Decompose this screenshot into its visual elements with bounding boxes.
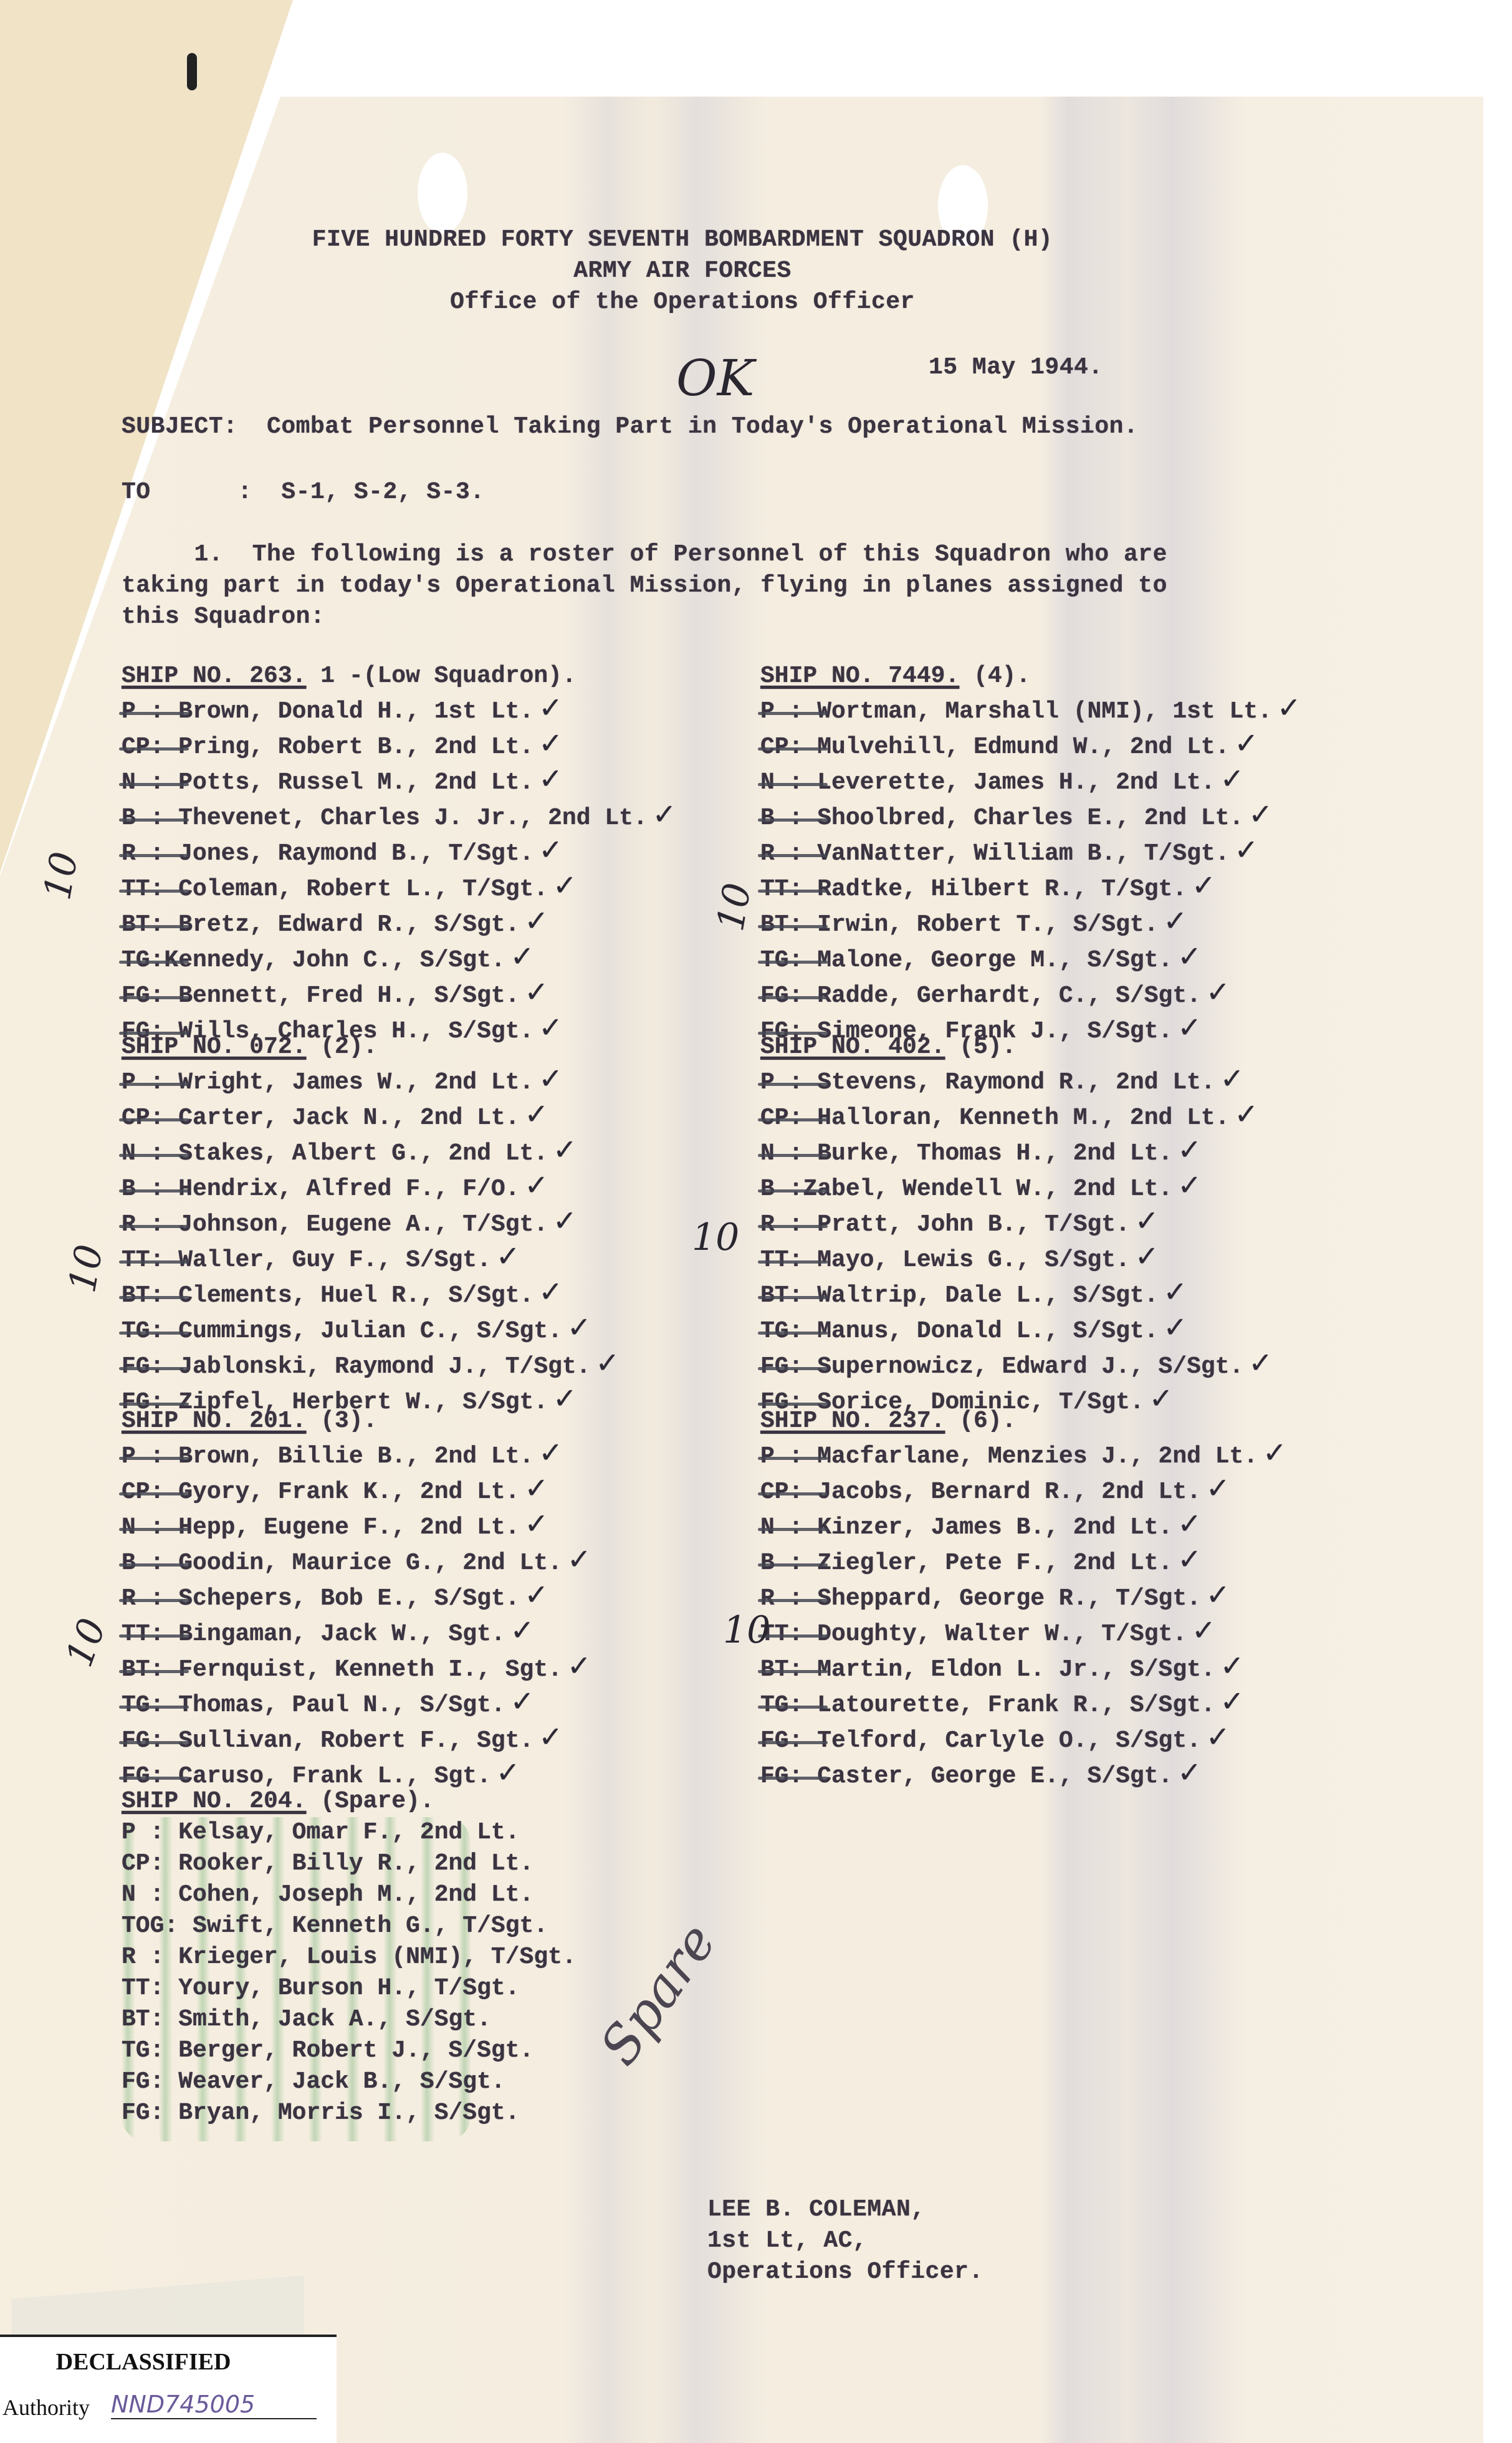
crew-name-rank: Cummings, Julian C., S/Sgt. xyxy=(164,1318,562,1345)
ship-title: SHIP NO. 201. (3). xyxy=(122,1406,591,1437)
ship-formation-position: (5). xyxy=(945,1034,1016,1060)
crew-position: TT: xyxy=(760,1247,803,1274)
crew-name-rank: Kelsay, Omar F., 2nd Lt. xyxy=(164,1819,519,1846)
check-mark-icon: ✓ xyxy=(525,1097,549,1131)
signature-title: Operations Officer. xyxy=(707,2257,983,2288)
crew-member-row: B :Zabel, Wendell W., 2nd Lt.✓ xyxy=(760,1169,1273,1205)
crew-member-row: TT: Radtke, Hilbert R., T/Sgt.✓ xyxy=(760,870,1301,905)
subject-line: SUBJECT: Combat Personnel Taking Part in… xyxy=(122,411,1138,443)
crew-member-row: TT: Youry, Burson H., T/Sgt. xyxy=(122,1973,577,2004)
check-mark-icon: ✓ xyxy=(596,1346,620,1380)
check-mark-icon: ✓ xyxy=(538,762,563,795)
ship-roster: SHIP NO. 263. 1 -(Low Squadron).P : Brow… xyxy=(122,661,676,1047)
check-mark-icon: ✓ xyxy=(1135,1204,1159,1237)
ship-formation-position: (6). xyxy=(945,1408,1016,1434)
crew-position: P : xyxy=(122,1069,164,1096)
paragraph-line: taking part in today's Operational Missi… xyxy=(122,570,1167,602)
crew-position: R : xyxy=(122,1211,164,1238)
crew-name-rank: Jacobs, Bernard R., 2nd Lt. xyxy=(803,1479,1201,1505)
crew-position: TG: xyxy=(122,947,164,974)
crew-position: TG: xyxy=(122,1692,164,1719)
crew-position: R : xyxy=(760,1211,803,1238)
crew-position: TG: xyxy=(760,947,803,974)
check-mark-icon: ✓ xyxy=(1235,833,1259,866)
crew-name-rank: Sullivan, Robert F., Sgt. xyxy=(164,1727,534,1754)
crew-member-row: P : Macfarlane, Menzies J., 2nd Lt.✓ xyxy=(760,1437,1287,1472)
crew-position: N : xyxy=(760,1140,803,1167)
crew-position: BT: xyxy=(122,1656,164,1683)
crew-member-row: R : Pratt, John B., T/Sgt.✓ xyxy=(760,1205,1273,1241)
crew-member-row: TG:Kennedy, John C., S/Sgt.✓ xyxy=(122,941,676,976)
crew-member-row: CP: Jacobs, Bernard R., 2nd Lt.✓ xyxy=(760,1472,1287,1508)
crew-position: N : xyxy=(122,1140,164,1167)
crew-position: R : xyxy=(122,1585,164,1612)
check-mark-icon: ✓ xyxy=(1235,726,1259,760)
crew-member-row: R : Sheppard, George R., T/Sgt.✓ xyxy=(760,1579,1287,1615)
crew-name-rank: Halloran, Kenneth M., 2nd Lt. xyxy=(803,1105,1229,1131)
crew-member-row: N : Kinzer, James B., 2nd Lt.✓ xyxy=(760,1508,1287,1543)
crew-position: P : xyxy=(122,698,164,725)
crew-position: CP: xyxy=(760,1105,803,1131)
ship-roster: SHIP NO. 072. (2).P : Wright, James W., … xyxy=(122,1032,620,1418)
check-mark-icon: ✓ xyxy=(525,1168,549,1202)
header-office: Office of the Operations Officer xyxy=(0,287,1365,318)
crew-member-row: B : Thevenet, Charles J. Jr., 2nd Lt.✓ xyxy=(122,799,676,834)
check-mark-icon: ✓ xyxy=(653,797,677,831)
crew-member-row: B : Ziegler, Pete F., 2nd Lt.✓ xyxy=(760,1543,1287,1579)
crew-member-row: FG: Bennett, Fred H., S/Sgt.✓ xyxy=(122,976,676,1012)
authority-label: Authority xyxy=(2,2394,90,2421)
crew-member-row: TG: Cummings, Julian C., S/Sgt.✓ xyxy=(122,1312,620,1347)
crew-member-row: P : Stevens, Raymond R., 2nd Lt.✓ xyxy=(760,1063,1273,1098)
crew-position: R : xyxy=(122,840,164,867)
crew-member-row: FG: Sullivan, Robert F., Sgt.✓ xyxy=(122,1721,591,1757)
crew-member-row: CP: Gyory, Frank K., 2nd Lt.✓ xyxy=(122,1472,591,1508)
crew-member-row: TT: Coleman, Robert L., T/Sgt.✓ xyxy=(122,870,676,905)
crew-name-rank: Carter, Jack N., 2nd Lt. xyxy=(164,1105,519,1131)
header-unit: FIVE HUNDRED FORTY SEVENTH BOMBARDMENT S… xyxy=(0,224,1365,256)
check-mark-icon: ✓ xyxy=(1206,1471,1230,1505)
crew-position: FG: xyxy=(760,1763,803,1790)
crew-name-rank: Gyory, Frank K., 2nd Lt. xyxy=(164,1479,519,1505)
crew-name-rank: Leverette, James H., 2nd Lt. xyxy=(803,769,1215,796)
ship-number: SHIP NO. 237. xyxy=(760,1408,945,1434)
ship-formation-position: (2). xyxy=(306,1034,377,1060)
crew-position: P : xyxy=(760,1443,803,1470)
crew-member-row: B : Hendrix, Alfred F., F/O.✓ xyxy=(122,1169,620,1205)
punch-hole xyxy=(418,153,467,234)
check-mark-icon: ✓ xyxy=(1192,1613,1216,1647)
check-mark-icon: ✓ xyxy=(1177,1542,1202,1576)
check-mark-icon: ✓ xyxy=(496,1239,520,1273)
crew-member-row: R : VanNatter, William B., T/Sgt.✓ xyxy=(760,834,1301,870)
crew-position: TG: xyxy=(760,1318,803,1345)
crew-name-rank: Radde, Gerhardt, C., S/Sgt. xyxy=(803,982,1201,1009)
crew-member-row: CP: Pring, Robert B., 2nd Lt.✓ xyxy=(122,727,676,763)
crew-position: TG: xyxy=(760,1692,803,1719)
check-mark-icon: ✓ xyxy=(538,1720,563,1754)
crew-member-row: B : Goodin, Maurice G., 2nd Lt.✓ xyxy=(122,1543,591,1579)
crew-position: B : xyxy=(760,1176,803,1202)
ship-roster-spare: SHIP NO. 204. (Spare).P : Kelsay, Omar F… xyxy=(122,1786,577,2129)
paragraph-line: this Squadron: xyxy=(122,602,325,633)
crew-name-rank: Krieger, Louis (NMI), T/Sgt. xyxy=(164,1944,576,1970)
check-mark-icon: ✓ xyxy=(1177,1507,1202,1540)
crew-name-rank: Burke, Thomas H., 2nd Lt. xyxy=(803,1140,1172,1167)
ship-title: SHIP NO. 204. (Spare). xyxy=(122,1786,577,1817)
crew-position: TG: xyxy=(122,1318,164,1345)
crew-member-row: R : Johnson, Eugene A., T/Sgt.✓ xyxy=(122,1205,620,1241)
crew-name-rank: Bennett, Fred H., S/Sgt. xyxy=(164,982,519,1009)
crew-name-rank: Wright, James W., 2nd Lt. xyxy=(164,1069,534,1096)
crew-name-rank: Waltrip, Dale L., S/Sgt. xyxy=(803,1282,1158,1309)
ship-formation-position: (Spare). xyxy=(306,1788,434,1815)
check-mark-icon: ✓ xyxy=(510,1613,535,1647)
check-mark-icon: ✓ xyxy=(1135,1239,1159,1273)
ship-number: SHIP NO. 402. xyxy=(760,1034,945,1060)
crew-name-rank: Mulvehill, Edmund W., 2nd Lt. xyxy=(803,734,1229,761)
check-mark-icon: ✓ xyxy=(553,1133,577,1166)
ship-number: SHIP NO. 072. xyxy=(122,1034,306,1060)
crew-position: FG: xyxy=(122,982,164,1009)
ship-roster: SHIP NO. 402. (5).P : Stevens, Raymond R… xyxy=(760,1032,1273,1418)
crew-name-rank: Kinzer, James B., 2nd Lt. xyxy=(803,1514,1172,1541)
declassified-stamp: DECLASSIFIED Authority NND745005 xyxy=(0,2335,337,2443)
crew-member-row: FG: Caster, George E., S/Sgt.✓ xyxy=(760,1757,1287,1792)
crew-position: TT: xyxy=(760,876,803,903)
check-mark-icon: ✓ xyxy=(1206,975,1230,1009)
crew-position: FG: xyxy=(760,1727,803,1754)
crew-name-rank: Stevens, Raymond R., 2nd Lt. xyxy=(803,1069,1215,1096)
crew-name-rank: Latourette, Frank R., S/Sgt. xyxy=(803,1692,1215,1719)
crew-position: N : xyxy=(760,1514,803,1541)
crew-position: B : xyxy=(122,1176,164,1202)
crew-name-rank: Bingaman, Jack W., Sgt. xyxy=(164,1621,505,1648)
check-mark-icon: ✓ xyxy=(538,1436,563,1469)
crew-name-rank: Johnson, Eugene A., T/Sgt. xyxy=(164,1211,548,1238)
margin-note: 10 xyxy=(723,1608,770,1652)
check-mark-icon: ✓ xyxy=(1277,691,1301,724)
crew-member-row: TT: Mayo, Lewis G., S/Sgt.✓ xyxy=(760,1241,1273,1276)
check-mark-icon: ✓ xyxy=(538,1275,563,1308)
crew-name-rank: Youry, Burson H., T/Sgt. xyxy=(164,1975,519,2002)
crew-member-row: CP: Halloran, Kenneth M., 2nd Lt.✓ xyxy=(760,1098,1273,1134)
crew-member-row: FG: Weaver, Jack B., S/Sgt. xyxy=(122,2066,577,2098)
signature-name: LEE B. COLEMAN, xyxy=(707,2194,983,2225)
crew-name-rank: Weaver, Jack B., S/Sgt. xyxy=(164,2068,505,2095)
crew-name-rank: Telford, Carlyle O., S/Sgt. xyxy=(803,1727,1201,1754)
check-mark-icon: ✓ xyxy=(525,975,549,1009)
crew-position: TT: xyxy=(122,1247,164,1274)
ship-number: SHIP NO. 201. xyxy=(122,1408,306,1434)
crew-member-row: BT: Fernquist, Kenneth I., Sgt.✓ xyxy=(122,1650,591,1686)
crew-name-rank: Doughty, Walter W., T/Sgt. xyxy=(803,1621,1187,1648)
crew-name-rank: Ziegler, Pete F., 2nd Lt. xyxy=(803,1550,1172,1577)
crew-name-rank: Kennedy, John C., S/Sgt. xyxy=(164,947,505,974)
crew-member-row: TG: Latourette, Frank R., S/Sgt.✓ xyxy=(760,1686,1287,1721)
crew-position: P : xyxy=(760,1069,803,1096)
check-mark-icon: ✓ xyxy=(538,726,563,760)
crew-member-row: P : Wright, James W., 2nd Lt.✓ xyxy=(122,1063,620,1098)
crew-name-rank: Waller, Guy F., S/Sgt. xyxy=(164,1247,491,1274)
check-mark-icon: ✓ xyxy=(1177,1133,1202,1166)
crew-member-row: P : Kelsay, Omar F., 2nd Lt. xyxy=(122,1817,577,1848)
crew-member-row: R : Krieger, Louis (NMI), T/Sgt. xyxy=(122,1942,577,1973)
crew-position: CP: xyxy=(760,1479,803,1505)
crew-position: TG: xyxy=(122,2037,164,2064)
crew-member-row: FG: Radde, Gerhardt, C., S/Sgt.✓ xyxy=(760,976,1301,1012)
crew-member-row: CP: Rooker, Billy R., 2nd Lt. xyxy=(122,1848,577,1879)
crew-position: P : xyxy=(122,1443,164,1470)
signature-block: LEE B. COLEMAN, 1st Lt, AC, Operations O… xyxy=(707,2194,983,2288)
check-mark-icon: ✓ xyxy=(538,691,563,724)
margin-note: 10 xyxy=(60,1241,112,1295)
crew-member-row: B : Shoolbred, Charles E., 2nd Lt.✓ xyxy=(760,799,1301,834)
crew-name-rank: Radtke, Hilbert R., T/Sgt. xyxy=(803,876,1187,903)
crew-name-rank: Smith, Jack A., S/Sgt. xyxy=(164,2006,491,2033)
check-mark-icon: ✓ xyxy=(1263,1436,1287,1469)
crew-name-rank: Malone, George M., S/Sgt. xyxy=(803,947,1172,974)
check-mark-icon: ✓ xyxy=(567,1649,591,1682)
staple-mark xyxy=(187,53,197,90)
crew-member-row: N : Leverette, James H., 2nd Lt.✓ xyxy=(760,763,1301,799)
crew-position: BT: xyxy=(760,911,803,938)
crew-member-row: TG: Thomas, Paul N., S/Sgt.✓ xyxy=(122,1686,591,1721)
check-mark-icon: ✓ xyxy=(1220,1649,1245,1682)
crew-position: TT: xyxy=(122,876,164,903)
crew-name-rank: Bretz, Edward R., S/Sgt. xyxy=(164,911,519,938)
crew-position: CP: xyxy=(122,734,164,761)
crew-member-row: BT: Smith, Jack A., S/Sgt. xyxy=(122,2004,577,2035)
crew-name-rank: Jones, Raymond B., T/Sgt. xyxy=(164,840,534,867)
crew-name-rank: Shoolbred, Charles E., 2nd Lt. xyxy=(803,805,1243,832)
crew-name-rank: VanNatter, William B., T/Sgt. xyxy=(803,840,1229,867)
check-mark-icon: ✓ xyxy=(538,833,563,866)
crew-name-rank: Sheppard, George R., T/Sgt. xyxy=(803,1585,1201,1612)
check-mark-icon: ✓ xyxy=(496,1755,520,1789)
crew-position: FG: xyxy=(760,982,803,1009)
crew-position: BT: xyxy=(122,911,164,938)
crew-position: TT: xyxy=(122,1621,164,1648)
crew-member-row: TG: Berger, Robert J., S/Sgt. xyxy=(122,2035,577,2066)
crew-name-rank: Mayo, Lewis G., S/Sgt. xyxy=(803,1247,1130,1274)
crew-name-rank: Brown, Billie B., 2nd Lt. xyxy=(164,1443,534,1470)
crew-member-row: TOG: Swift, Kenneth G., T/Sgt. xyxy=(122,1911,577,1942)
crew-name-rank: Cohen, Joseph M., 2nd Lt. xyxy=(164,1881,534,1908)
crew-position: N : xyxy=(122,769,164,796)
crew-position: TOG: xyxy=(122,1913,178,1939)
check-mark-icon: ✓ xyxy=(525,1507,549,1540)
crew-position: CP: xyxy=(122,1479,164,1505)
crew-name-rank: Hepp, Eugene F., 2nd Lt. xyxy=(164,1514,519,1541)
check-mark-icon: ✓ xyxy=(553,868,577,902)
crew-member-row: TG: Malone, George M., S/Sgt.✓ xyxy=(760,941,1301,976)
crew-name-rank: Macfarlane, Menzies J., 2nd Lt. xyxy=(803,1443,1258,1470)
crew-member-row: N : Cohen, Joseph M., 2nd Lt. xyxy=(122,1879,577,1911)
crew-position: B : xyxy=(760,1550,803,1577)
ship-number: SHIP NO. 263. xyxy=(122,663,306,689)
crew-position: B : xyxy=(122,805,164,832)
crew-name-rank: Martin, Eldon L. Jr., S/Sgt. xyxy=(803,1656,1215,1683)
crew-position: CP: xyxy=(760,734,803,761)
crew-member-row: BT: Waltrip, Dale L., S/Sgt.✓ xyxy=(760,1276,1273,1312)
margin-note: 10 xyxy=(709,880,760,934)
paragraph-line: 1. The following is a roster of Personne… xyxy=(122,539,1167,570)
check-mark-icon: ✓ xyxy=(553,1204,577,1237)
crew-member-row: BT: Clements, Huel R., S/Sgt.✓ xyxy=(122,1276,620,1312)
crew-name-rank: Wortman, Marshall (NMI), 1st Lt. xyxy=(803,698,1272,725)
ship-formation-position: (4). xyxy=(959,663,1030,689)
crew-name-rank: Thomas, Paul N., S/Sgt. xyxy=(164,1692,505,1719)
check-mark-icon: ✓ xyxy=(525,1578,549,1611)
margin-note: 10 xyxy=(36,848,87,903)
crew-name-rank: Berger, Robert J., S/Sgt. xyxy=(164,2037,534,2064)
crew-member-row: FG: Supernowicz, Edward J., S/Sgt.✓ xyxy=(760,1347,1273,1383)
crew-member-row: BT: Bretz, Edward R., S/Sgt.✓ xyxy=(122,905,676,941)
crew-name-rank: Rooker, Billy R., 2nd Lt. xyxy=(164,1850,534,1877)
check-mark-icon: ✓ xyxy=(1235,1097,1259,1131)
crew-position: BT: xyxy=(760,1656,803,1683)
crew-member-row: TT: Waller, Guy F., S/Sgt.✓ xyxy=(122,1241,620,1276)
ship-title: SHIP NO. 7449. (4). xyxy=(760,661,1301,692)
crew-name-rank: Goodin, Maurice G., 2nd Lt. xyxy=(164,1550,562,1577)
check-mark-icon: ✓ xyxy=(1220,762,1245,795)
crew-member-row: FG: Jablonski, Raymond J., T/Sgt.✓ xyxy=(122,1347,620,1383)
ship-roster: SHIP NO. 201. (3).P : Brown, Billie B., … xyxy=(122,1406,591,1792)
crew-name-rank: Swift, Kenneth G., T/Sgt. xyxy=(178,1913,548,1939)
authority-value: NND745005 xyxy=(111,2391,317,2419)
crew-position: FG: xyxy=(760,1353,803,1380)
crew-name-rank: Caster, George E., S/Sgt. xyxy=(803,1763,1172,1790)
check-mark-icon: ✓ xyxy=(1220,1062,1245,1095)
crew-name-rank: Coleman, Robert L., T/Sgt. xyxy=(164,876,548,903)
crew-position: TT: xyxy=(122,1975,164,2002)
crew-position: N : xyxy=(760,769,803,796)
crew-position: BT: xyxy=(760,1282,803,1309)
crew-position: BT: xyxy=(122,2006,164,2033)
crew-member-row: P : Brown, Billie B., 2nd Lt.✓ xyxy=(122,1437,591,1472)
crew-member-row: TT: Doughty, Walter W., T/Sgt.✓ xyxy=(760,1615,1287,1650)
crew-name-rank: Fernquist, Kenneth I., Sgt. xyxy=(164,1656,562,1683)
crew-name-rank: Supernowicz, Edward J., S/Sgt. xyxy=(803,1353,1243,1380)
crew-name-rank: Zabel, Wendell W., 2nd Lt. xyxy=(803,1176,1172,1202)
crew-position: R : xyxy=(760,840,803,867)
crew-position: CP: xyxy=(122,1850,164,1877)
crew-name-rank: Thevenet, Charles J. Jr., 2nd Lt. xyxy=(164,805,647,832)
crew-member-row: P : Brown, Donald H., 1st Lt.✓ xyxy=(122,692,676,727)
ship-title: SHIP NO. 072. (2). xyxy=(122,1032,620,1063)
crew-name-rank: Schepers, Bob E., S/Sgt. xyxy=(164,1585,519,1612)
crew-member-row: BT: Martin, Eldon L. Jr., S/Sgt.✓ xyxy=(760,1650,1287,1686)
ship-roster: SHIP NO. 7449. (4).P : Wortman, Marshall… xyxy=(760,661,1301,1047)
crew-position: B : xyxy=(760,805,803,832)
ship-roster: SHIP NO. 237. (6).P : Macfarlane, Menzie… xyxy=(760,1406,1287,1792)
margin-note: 10 xyxy=(692,1216,739,1259)
ship-title: SHIP NO. 237. (6). xyxy=(760,1406,1287,1437)
check-mark-icon: ✓ xyxy=(525,904,549,938)
check-mark-icon: ✓ xyxy=(510,939,535,973)
check-mark-icon: ✓ xyxy=(525,1471,549,1505)
crew-member-row: TT: Bingaman, Jack W., Sgt.✓ xyxy=(122,1615,591,1650)
check-mark-icon: ✓ xyxy=(1164,1310,1188,1344)
crew-member-row: BT: Irwin, Robert T., S/Sgt.✓ xyxy=(760,905,1301,941)
crew-member-row: TG: Manus, Donald L., S/Sgt.✓ xyxy=(760,1312,1273,1347)
check-mark-icon: ✓ xyxy=(538,1062,563,1095)
crew-name-rank: Bryan, Morris I., S/Sgt. xyxy=(164,2100,519,2126)
declassified-title: DECLASSIFIED xyxy=(0,2348,287,2376)
check-mark-icon: ✓ xyxy=(1220,1684,1245,1718)
crew-member-row: N : Burke, Thomas H., 2nd Lt.✓ xyxy=(760,1134,1273,1169)
crew-member-row: N : Hepp, Eugene F., 2nd Lt.✓ xyxy=(122,1508,591,1543)
crew-name-rank: Stakes, Albert G., 2nd Lt. xyxy=(164,1140,548,1167)
crew-member-row: FG: Telford, Carlyle O., S/Sgt.✓ xyxy=(760,1721,1287,1757)
crew-position: N : xyxy=(122,1514,164,1541)
check-mark-icon: ✓ xyxy=(1177,1755,1202,1789)
check-mark-icon: ✓ xyxy=(1164,904,1188,938)
crew-name-rank: Irwin, Robert T., S/Sgt. xyxy=(803,911,1158,938)
crew-name-rank: Pratt, John B., T/Sgt. xyxy=(803,1211,1130,1238)
crew-member-row: P : Wortman, Marshall (NMI), 1st Lt.✓ xyxy=(760,692,1301,727)
crew-name-rank: Potts, Russel M., 2nd Lt. xyxy=(164,769,534,796)
crew-position: N : xyxy=(122,1881,164,1908)
crew-name-rank: Pring, Robert B., 2nd Lt. xyxy=(164,734,534,761)
header-branch: ARMY AIR FORCES xyxy=(0,256,1365,287)
check-mark-icon: ✓ xyxy=(567,1310,591,1344)
crew-name-rank: Jablonski, Raymond J., T/Sgt. xyxy=(164,1353,590,1380)
crew-name-rank: Manus, Donald L., S/Sgt. xyxy=(803,1318,1158,1345)
crew-member-row: R : Jones, Raymond B., T/Sgt.✓ xyxy=(122,834,676,870)
check-mark-icon: ✓ xyxy=(510,1684,535,1718)
check-mark-icon: ✓ xyxy=(1192,868,1216,902)
crew-member-row: FG: Bryan, Morris I., S/Sgt. xyxy=(122,2098,577,2129)
ship-title: SHIP NO. 263. 1 -(Low Squadron). xyxy=(122,661,676,692)
crew-position: R : xyxy=(122,1944,164,1970)
crew-position: FG: xyxy=(122,1727,164,1754)
crew-position: P : xyxy=(760,698,803,725)
ship-title: SHIP NO. 402. (5). xyxy=(760,1032,1273,1063)
ship-formation-position: (3). xyxy=(306,1408,377,1434)
ship-number: SHIP NO. 204. xyxy=(122,1788,306,1815)
check-mark-icon: ✓ xyxy=(1248,1346,1273,1380)
signature-rank: 1st Lt, AC, xyxy=(707,2225,983,2257)
document-date: 15 May 1944. xyxy=(929,352,1103,383)
check-mark-icon: ✓ xyxy=(1206,1578,1230,1611)
crew-position: FG: xyxy=(122,2068,164,2095)
to-line: TO : S-1, S-2, S-3. xyxy=(122,477,485,508)
crew-position: FG: xyxy=(122,1353,164,1380)
crew-name-rank: Hendrix, Alfred F., F/O. xyxy=(164,1176,519,1202)
check-mark-icon: ✓ xyxy=(1248,797,1273,831)
check-mark-icon: ✓ xyxy=(567,1542,591,1576)
check-mark-icon: ✓ xyxy=(1177,1168,1202,1202)
crew-member-row: CP: Mulvehill, Edmund W., 2nd Lt.✓ xyxy=(760,727,1301,763)
crew-position: FG: xyxy=(122,2100,164,2126)
crew-member-row: N : Stakes, Albert G., 2nd Lt.✓ xyxy=(122,1134,620,1169)
check-mark-icon: ✓ xyxy=(1177,939,1202,973)
ship-number: SHIP NO. 7449. xyxy=(760,663,959,689)
crew-position: P : xyxy=(122,1819,164,1846)
crew-member-row: N : Potts, Russel M., 2nd Lt.✓ xyxy=(122,763,676,799)
crew-position: BT: xyxy=(122,1282,164,1309)
check-mark-icon: ✓ xyxy=(1206,1720,1230,1754)
ship-formation-position: 1 -(Low Squadron). xyxy=(306,663,576,689)
handwritten-ok: OK xyxy=(676,349,754,407)
crew-position: B : xyxy=(122,1550,164,1577)
crew-member-row: R : Schepers, Bob E., S/Sgt.✓ xyxy=(122,1579,591,1615)
check-mark-icon: ✓ xyxy=(1164,1275,1188,1308)
crew-position: CP: xyxy=(122,1105,164,1131)
crew-name-rank: Clements, Huel R., S/Sgt. xyxy=(164,1282,534,1309)
